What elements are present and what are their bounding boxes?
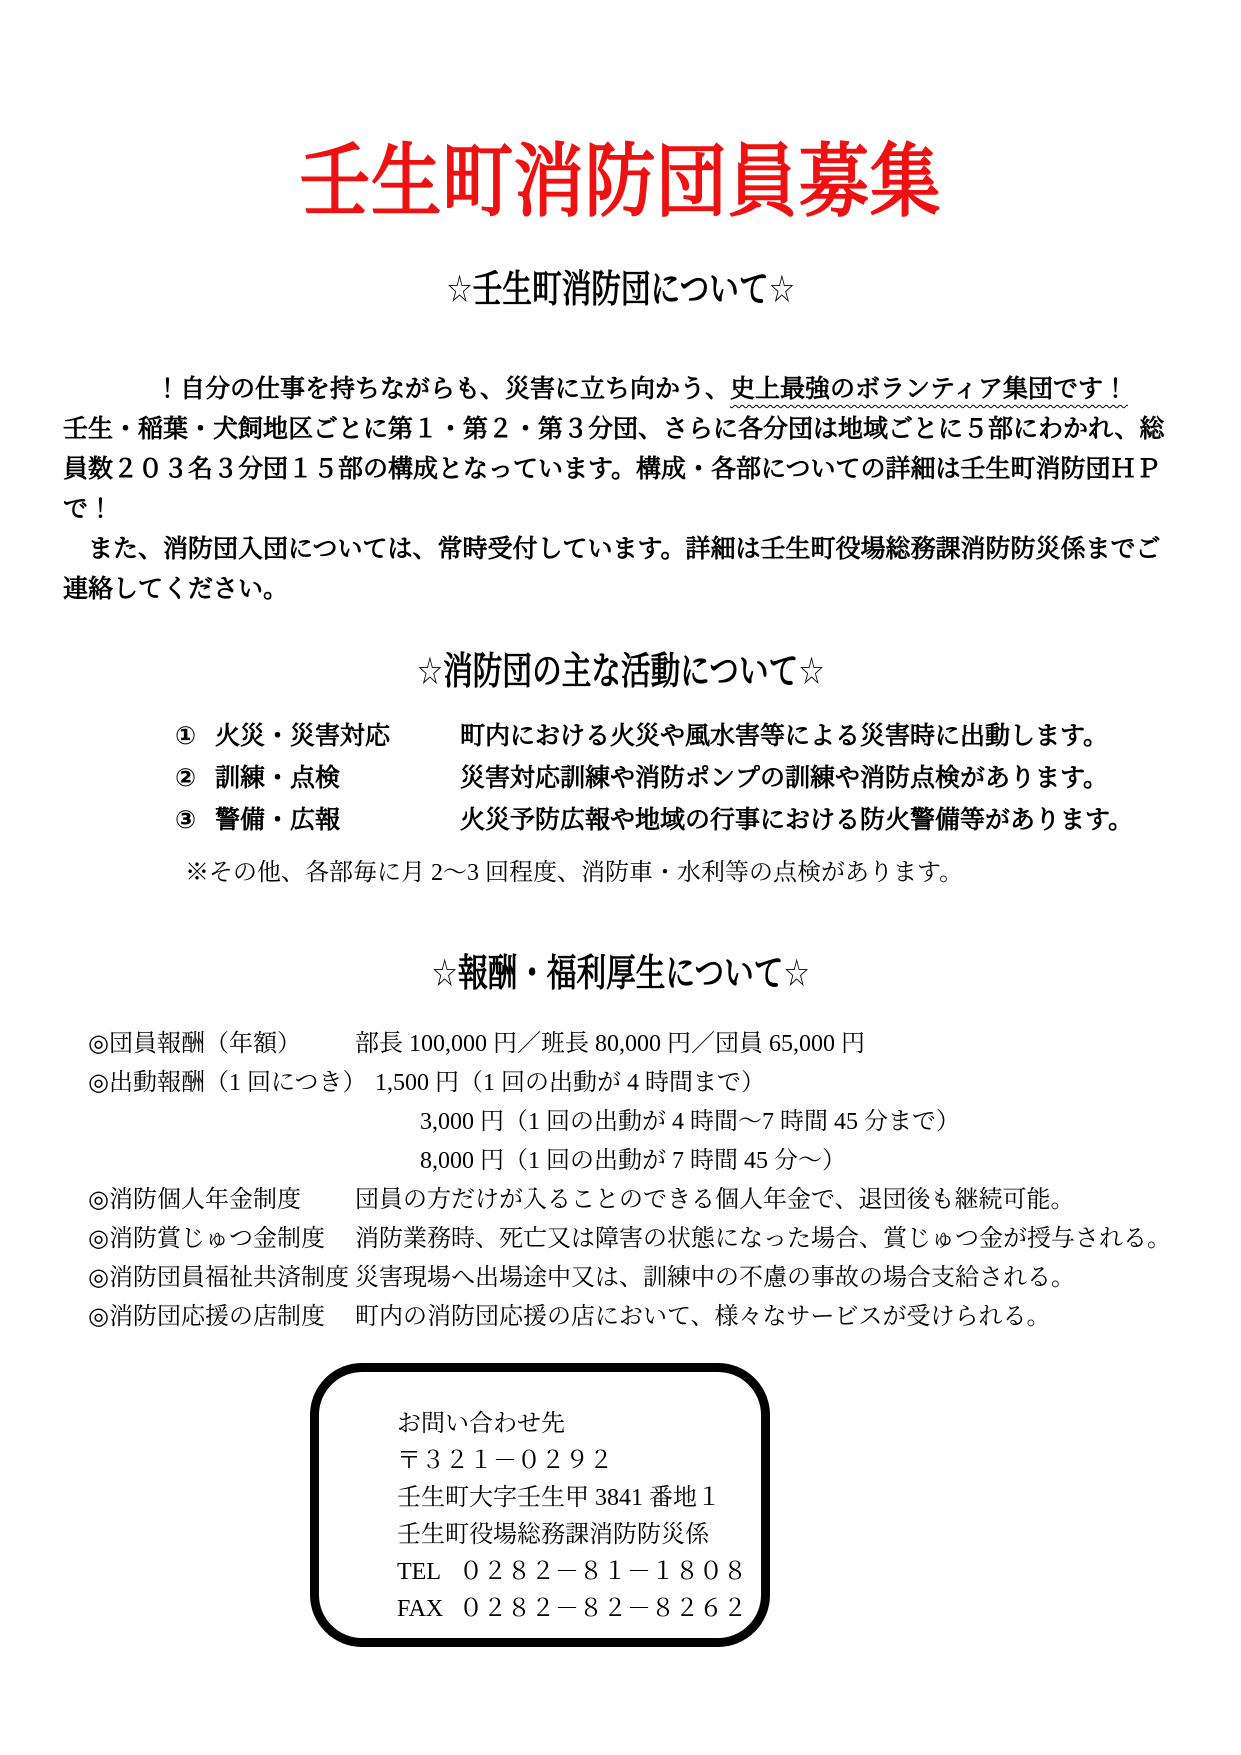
about-line: 員数２０３名３分団１５部の構成となっています。構成・各部についての詳細は壬生町消… <box>63 449 1178 489</box>
activity-label: 火災・災害対応 <box>215 715 460 757</box>
contact-tel-line: TEL０２８２－８１－１８０８ <box>397 1554 751 1591</box>
table-row: ◎消防団応援の店制度 町内の消防団応援の店において、様々なサービスが受けられる。 <box>88 1298 1191 1337</box>
recruitment-poster-page: 壬生町消防団員募集 ☆壬生町消防団について☆ ！自分の仕事を持ちながらも、災害に… <box>0 0 1241 1755</box>
activity-description: 町内における火災や風水害等による災害時に出動します。 <box>460 715 1181 757</box>
contact-department: 壬生町役場総務課消防防災係 <box>397 1517 751 1554</box>
benefit-description: 災害現場へ出場途中又は、訓練中の不慮の事故の場合支給される。 <box>355 1259 1191 1298</box>
document-title-row: 壬生町消防団員募集 <box>0 142 1241 245</box>
contact-title: お問い合わせ先 <box>397 1406 751 1443</box>
benefit-description: 町内の消防団応援の店において、様々なサービスが受けられる。 <box>355 1298 1191 1337</box>
activity-description: 災害対応訓練や消防ポンプの訓練や消防点検があります。 <box>460 757 1181 799</box>
fax-number: ０２８２－８２－８２６２ <box>459 1596 747 1622</box>
benefit-description: 8,000 円（1 回の出動が 7 時間 45 分～） <box>355 1142 1191 1181</box>
section-heading-about-text: ☆壬生町消防団について☆ <box>446 269 795 311</box>
contact-fax-line: FAX０２８２－８２－８２６２ <box>397 1591 751 1628</box>
benefit-label: ◎消防団応援の店制度 <box>88 1298 355 1337</box>
table-row: ◎出動報酬（1 回につき） 1,500 円（1 回の出動が 4 時間まで） <box>88 1064 1191 1103</box>
benefit-label: ◎消防個人年金制度 <box>88 1181 355 1220</box>
about-line: また、消防団入団については、常時受付しています。詳細は壬生町役場総務課消防防災係… <box>63 529 1178 569</box>
section-heading-activities: ☆消防団の主な活動について☆ <box>0 651 1241 701</box>
section-heading-benefits: ☆報酬・福利厚生について☆ <box>0 953 1241 1003</box>
benefit-description: 団員の方だけが入ることのできる個人年金で、退団後も継続可能。 <box>355 1181 1191 1220</box>
benefit-description: 3,000 円（1 回の出動が 4 時間～7 時間 45 分まで） <box>355 1103 1191 1142</box>
about-slogan-pre: ！自分の仕事を持ちながらも、災害に立ち向かう、 <box>155 375 730 403</box>
table-row: ◎消防賞じゅつ金制度 消防業務時、死亡又は障害の状態になった場合、賞じゅつ金が授… <box>88 1220 1191 1259</box>
activities-list: ① 火災・災害対応 町内における火災や風水害等による災害時に出動します。 ② 訓… <box>175 715 1181 841</box>
benefit-label <box>88 1142 355 1181</box>
page-title: 壬生町消防団員募集 <box>300 142 942 222</box>
section-heading-benefits-text: ☆報酬・福利厚生について☆ <box>431 953 810 995</box>
section-heading-about: ☆壬生町消防団について☆ <box>0 269 1241 319</box>
contact-address: 壬生町大字壬生甲 3841 番地１ <box>397 1480 751 1517</box>
table-row: ◎団員報酬（年額） 部長 100,000 円／班長 80,000 円／団員 65… <box>88 1025 1191 1064</box>
tel-label: TEL <box>397 1554 459 1591</box>
benefit-label: ◎出動報酬（1 回につき） <box>88 1064 355 1103</box>
benefit-label: ◎消防団員福祉共済制度 <box>88 1259 355 1298</box>
activity-label: 警備・広報 <box>215 799 460 841</box>
section-heading-activities-text: ☆消防団の主な活動について☆ <box>416 651 824 693</box>
about-line: で！ <box>63 489 1178 529</box>
about-line: 連絡してください。 <box>63 569 1178 609</box>
activities-note: ※その他、各部毎に月 2～3 回程度、消防車・水利等の点検があります。 <box>185 853 1181 893</box>
list-item: ② 訓練・点検 災害対応訓練や消防ポンプの訓練や消防点検があります。 <box>175 757 1181 799</box>
activity-label: 訓練・点検 <box>215 757 460 799</box>
benefit-label: ◎団員報酬（年額） <box>88 1025 355 1064</box>
activity-number: ③ <box>175 799 215 841</box>
about-slogan-line: ！自分の仕事を持ちながらも、災害に立ち向かう、史上最強のボランティア集団です！ <box>63 369 1178 409</box>
table-row: ◎消防団員福祉共済制度 災害現場へ出場途中又は、訓練中の不慮の事故の場合支給され… <box>88 1259 1191 1298</box>
contact-postal-code: 〒３２１－０２９２ <box>397 1443 751 1480</box>
table-row: ◎消防個人年金制度 団員の方だけが入ることのできる個人年金で、退団後も継続可能。 <box>88 1181 1191 1220</box>
list-item: ③ 警備・広報 火災予防広報や地域の行事における防火警備等があります。 <box>175 799 1181 841</box>
about-line: 壬生・稲葉・犬飼地区ごとに第１・第２・第３分団、さらに各分団は地域ごとに５部にわ… <box>63 409 1178 449</box>
benefits-list: ◎団員報酬（年額） 部長 100,000 円／班長 80,000 円／団員 65… <box>88 1025 1191 1337</box>
fax-label: FAX <box>397 1591 459 1628</box>
list-item: ① 火災・災害対応 町内における火災や風水害等による災害時に出動します。 <box>175 715 1181 757</box>
contact-info-box: お問い合わせ先 〒３２１－０２９２ 壬生町大字壬生甲 3841 番地１ 壬生町役… <box>310 1363 770 1647</box>
benefit-label: ◎消防賞じゅつ金制度 <box>88 1220 355 1259</box>
activity-number: ② <box>175 757 215 799</box>
table-row: 8,000 円（1 回の出動が 7 時間 45 分～） <box>88 1142 1191 1181</box>
benefit-description: 消防業務時、死亡又は障害の状態になった場合、賞じゅつ金が授与される。 <box>355 1220 1191 1259</box>
activity-description: 火災予防広報や地域の行事における防火警備等があります。 <box>460 799 1181 841</box>
about-paragraph: ！自分の仕事を持ちながらも、災害に立ち向かう、史上最強のボランティア集団です！ … <box>63 369 1178 609</box>
benefit-description: 部長 100,000 円／班長 80,000 円／団員 65,000 円 <box>355 1025 1191 1064</box>
about-slogan-underlined: 史上最強のボランティア集団です！ <box>730 375 1128 403</box>
tel-number: ０２８２－８１－１８０８ <box>459 1559 747 1585</box>
table-row: 3,000 円（1 回の出動が 4 時間～7 時間 45 分まで） <box>88 1103 1191 1142</box>
activity-number: ① <box>175 715 215 757</box>
benefit-label <box>88 1103 355 1142</box>
benefit-description: 1,500 円（1 回の出動が 4 時間まで） <box>355 1064 1191 1103</box>
